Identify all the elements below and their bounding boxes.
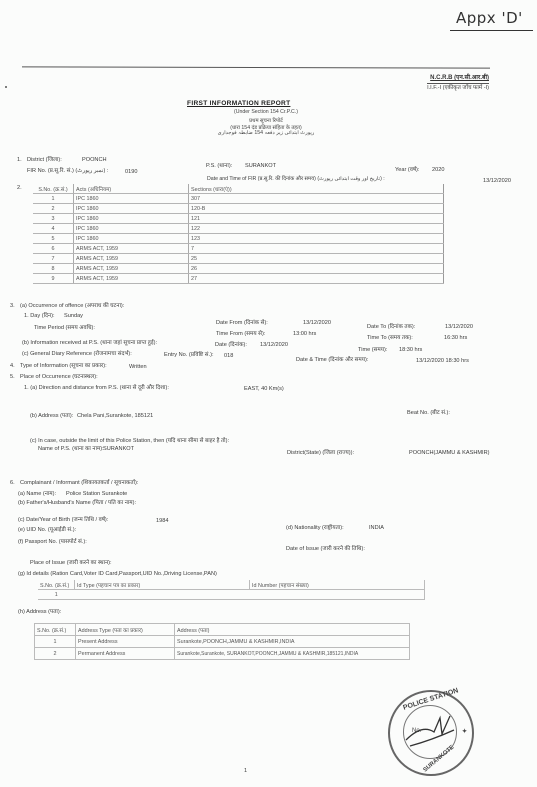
row-act: IPC 1860 — [74, 204, 189, 214]
time-from-value: 13:00 hrs — [293, 331, 316, 338]
address-row-sno: 1 — [35, 636, 76, 648]
date-from-value: 13/12/2020 — [303, 320, 331, 327]
section5-num: 5. — [10, 374, 15, 381]
row-section: 25 — [189, 254, 444, 264]
header-sections: Sections (धारा(एं)) — [189, 184, 444, 194]
row-sno: 3 — [33, 214, 74, 224]
ps-value: SURANKOT — [245, 163, 276, 170]
row-act: IPC 1860 — [74, 214, 189, 224]
year-value: 2020 — [432, 167, 444, 174]
row-sno: 5 — [33, 234, 74, 244]
iif-label: I.I.F.-I (एकीकृत जाँच फार्म -I) — [427, 83, 489, 92]
table-row: 9ARMS ACT, 195927 — [33, 274, 444, 284]
day-label: 1. Day (दिन): — [24, 313, 55, 320]
header-rule — [22, 66, 490, 68]
entry-no-value: 018 — [224, 353, 233, 360]
row-act: IPC 1860 — [74, 194, 189, 204]
year-label: Year (वर्ष): — [395, 167, 419, 174]
section2-num: 2. — [17, 185, 22, 192]
id-row-number — [250, 590, 425, 600]
date-to-value: 13/12/2020 — [445, 324, 473, 331]
row-act: IPC 1860 — [74, 224, 189, 234]
date-from-label: Date From (दिनांक से): — [216, 320, 268, 327]
address-header-sno: S.No. (क्र.सं.) — [35, 624, 76, 636]
section1-num: 1. — [17, 157, 22, 164]
date-to-label: Date To (दिनांक तक): — [367, 324, 415, 331]
table-row: 2 Permanent Address Surankote,Surankote,… — [35, 648, 410, 660]
outside-limit-label: (c) In case, outside the limit of this P… — [30, 438, 229, 445]
place-occurrence-label: Place of Occurrence (घटनास्थल): — [20, 374, 98, 381]
table-row: 8ARMS ACT, 195926 — [33, 264, 444, 274]
info-type-value: Written — [129, 364, 147, 371]
nationality-value: INDIA — [369, 525, 384, 532]
table-row: 4IPC 1860122 — [33, 224, 444, 234]
table-row: 1IPC 1860307 — [33, 194, 444, 204]
district-state-label: District(State) (जिला (राज्य)): — [287, 450, 354, 457]
appendix-underline — [450, 30, 533, 31]
gd-datetime-label: Date & Time (दिनांक और समय): — [296, 357, 368, 364]
stamp-star-icon: ✦ — [462, 728, 467, 735]
nationality-label: (d) Nationality (राष्ट्रीयता): — [286, 525, 344, 532]
place-issue-label: Place of Issue (जारी करने का स्थान): — [30, 560, 112, 567]
fir-date-label: Date and Time of FIR (प्र.सू.रि. की दिना… — [207, 176, 385, 183]
table-row: 1 Present Address Surankote,POONCH,JAMMU… — [35, 636, 410, 648]
address-label: (b) Address (पता): — [30, 413, 73, 420]
dob-label: (c) Date/Year of Birth (जन्म तिथि / वर्ष… — [18, 517, 108, 524]
police-station-stamp: POLICE STATION SURANKOTE No. ✦ — [388, 690, 474, 776]
table-row: 7ARMS ACT, 195925 — [33, 254, 444, 264]
row-section: 123 — [189, 234, 444, 244]
fir-no-label: FIR No. (प्र.सू.रि. सं.) (نمبر رپورٹ) : — [27, 168, 108, 175]
father-name-label: (b) Father's/Husband's Name (पिता / पति … — [18, 500, 138, 507]
id-header-sno: S.No. (क्र.सं.) — [38, 580, 75, 590]
ps-label: P.S. (थाना): — [206, 163, 232, 170]
uid-label: (e) UID No. (यूआईडी सं.): — [18, 527, 76, 534]
id-header-number: Id Number (पहचान संख्या) — [250, 580, 425, 590]
beat-no-label: Beat No. (बीट सं.): — [407, 410, 450, 417]
header-sno: S.No. (क्र.सं.) — [33, 184, 74, 194]
complainant-address-label: (h) Address (पता): — [18, 609, 61, 616]
info-received-label: (b) Information received at P.S. (थाना ज… — [22, 340, 157, 347]
row-sno: 1 — [33, 194, 74, 204]
address-row-address: Surankote,Surankote, SURANKOT,POONCH,JAM… — [175, 648, 410, 660]
id-row-sno: 1 — [38, 590, 75, 600]
row-sno: 7 — [33, 254, 74, 264]
gd-reference-label: (c) General Diary Reference (रोजनामचा सं… — [22, 351, 132, 358]
address-table: S.No. (क्र.सं.) Address Type (पता का प्र… — [34, 623, 410, 660]
ps-name-label: Name of P.S. (थाना का नाम): — [38, 446, 104, 453]
signature-icon — [404, 710, 460, 754]
row-sno: 9 — [33, 274, 74, 284]
ps-name-value: SURANKOT — [103, 446, 134, 453]
district-value: POONCH — [82, 157, 107, 164]
row-sno: 4 — [33, 224, 74, 234]
row-section: 26 — [189, 264, 444, 274]
address-value: Chela Pani,Surankote, 185121 — [77, 413, 153, 420]
row-act: ARMS ACT, 1959 — [74, 264, 189, 274]
day-value: Sunday — [64, 313, 83, 320]
row-sno: 2 — [33, 204, 74, 214]
address-header-type: Address Type (पता का प्रकार) — [76, 624, 175, 636]
row-sno: 6 — [33, 244, 74, 254]
table-row: 1 — [38, 590, 425, 600]
complainant-name-label: (a) Name (नाम): — [18, 491, 56, 498]
address-header-address: Address (पता) — [175, 624, 410, 636]
page-number: 1 — [244, 768, 247, 775]
row-act: ARMS ACT, 1959 — [74, 244, 189, 254]
ncrb-label: N.C.R.B (एन.सी.आर.बी) — [430, 73, 489, 81]
id-table-header: S.No. (क्र.सं.) Id Type (पहचान पत्र का प… — [38, 580, 425, 590]
acts-sections-table: S.No. (क्र.सं.) Acts (अधिनियम) Sections … — [33, 184, 444, 284]
fir-date-value: 13/12/2020 — [483, 178, 511, 185]
report-title: FIRST INFORMATION REPORT — [187, 100, 290, 107]
row-section: 122 — [189, 224, 444, 234]
row-act: ARMS ACT, 1959 — [74, 274, 189, 284]
info-type-label: Type of Information (सूचना का प्रकार): — [20, 363, 107, 370]
passport-label: (f) Passport No. (पासपोर्ट सं.): — [18, 539, 87, 546]
row-section: 120-B — [189, 204, 444, 214]
row-act: IPC 1860 — [74, 234, 189, 244]
table-row: 3IPC 1860121 — [33, 214, 444, 224]
info-date-label: Date (दिनांक): — [215, 342, 247, 349]
info-time-label: Time (समय): — [358, 347, 387, 354]
time-from-label: Time From (समय से): — [216, 331, 265, 338]
gd-datetime-value: 13/12/2020 18:30 hrs — [416, 358, 469, 365]
time-period-label: Time Period (समय अवधि): — [34, 325, 95, 332]
address-row-address: Surankote,POONCH,JAMMU & KASHMIR,INDIA — [175, 636, 410, 648]
complainant-label: Complainant / Informant (शिकायतकर्ता / स… — [20, 480, 138, 487]
direction-value: EAST, 40 Km(s) — [244, 386, 284, 393]
address-row-type: Present Address — [76, 636, 175, 648]
report-subtitle-ur: رپورٹ ابتدائی زیر دفعہ 154 ضابطہ فوجداری — [186, 130, 346, 136]
acts-table-header: S.No. (क्र.सं.) Acts (अधिनियम) Sections … — [33, 184, 444, 194]
row-section: 27 — [189, 274, 444, 284]
info-time-value: 18:30 hrs — [399, 347, 422, 354]
section6-num: 6. — [10, 480, 15, 487]
occurrence-label: (a) Occurrence of offence (अपराध की घटना… — [20, 303, 124, 310]
row-section: 307 — [189, 194, 444, 204]
appendix-annotation: Appx 'D' — [456, 9, 523, 27]
complainant-name-value: Police Station Surankote — [66, 491, 127, 498]
dob-value: 1984 — [156, 518, 168, 525]
id-row-type — [75, 590, 250, 600]
row-act: ARMS ACT, 1959 — [74, 254, 189, 264]
address-table-header: S.No. (क्र.सं.) Address Type (पता का प्र… — [35, 624, 410, 636]
table-row: 5IPC 1860123 — [33, 234, 444, 244]
report-subtitle-en: (Under Section 154 Cr.P.C.) — [186, 109, 346, 115]
address-row-type: Permanent Address — [76, 648, 175, 660]
id-details-label: (g) Id details (Ration Card,Voter ID Car… — [18, 571, 217, 578]
header-acts: Acts (अधिनियम) — [74, 184, 189, 194]
table-row: 2IPC 1860120-B — [33, 204, 444, 214]
time-to-value: 16:30 hrs — [444, 335, 467, 342]
time-to-label: Time To (समय तक): — [367, 335, 413, 342]
section3-num: 3. — [10, 303, 15, 310]
section4-num: 4. — [10, 363, 15, 370]
table-row: 6ARMS ACT, 19597 — [33, 244, 444, 254]
direction-label: 1. (a) Direction and distance from P.S. … — [24, 385, 169, 392]
id-header-type: Id Type (पहचान पत्र का प्रकार) — [75, 580, 250, 590]
fir-no-value: 0190 — [125, 169, 137, 176]
row-section: 121 — [189, 214, 444, 224]
address-row-sno: 2 — [35, 648, 76, 660]
scan-speck — [5, 86, 7, 88]
info-date-value: 13/12/2020 — [260, 342, 288, 349]
district-state-value: POONCH(JAMMU & KASHMIR) — [409, 450, 490, 457]
entry-no-label: Entry No. (प्रविष्टि सं.): — [164, 352, 214, 359]
id-details-table: S.No. (क्र.सं.) Id Type (पहचान पत्र का प… — [38, 580, 425, 600]
district-label: District (जिला): — [27, 157, 62, 164]
row-sno: 8 — [33, 264, 74, 274]
row-section: 7 — [189, 244, 444, 254]
date-issue-label: Date of Issue (जारी करने की तिथि): — [286, 546, 365, 553]
